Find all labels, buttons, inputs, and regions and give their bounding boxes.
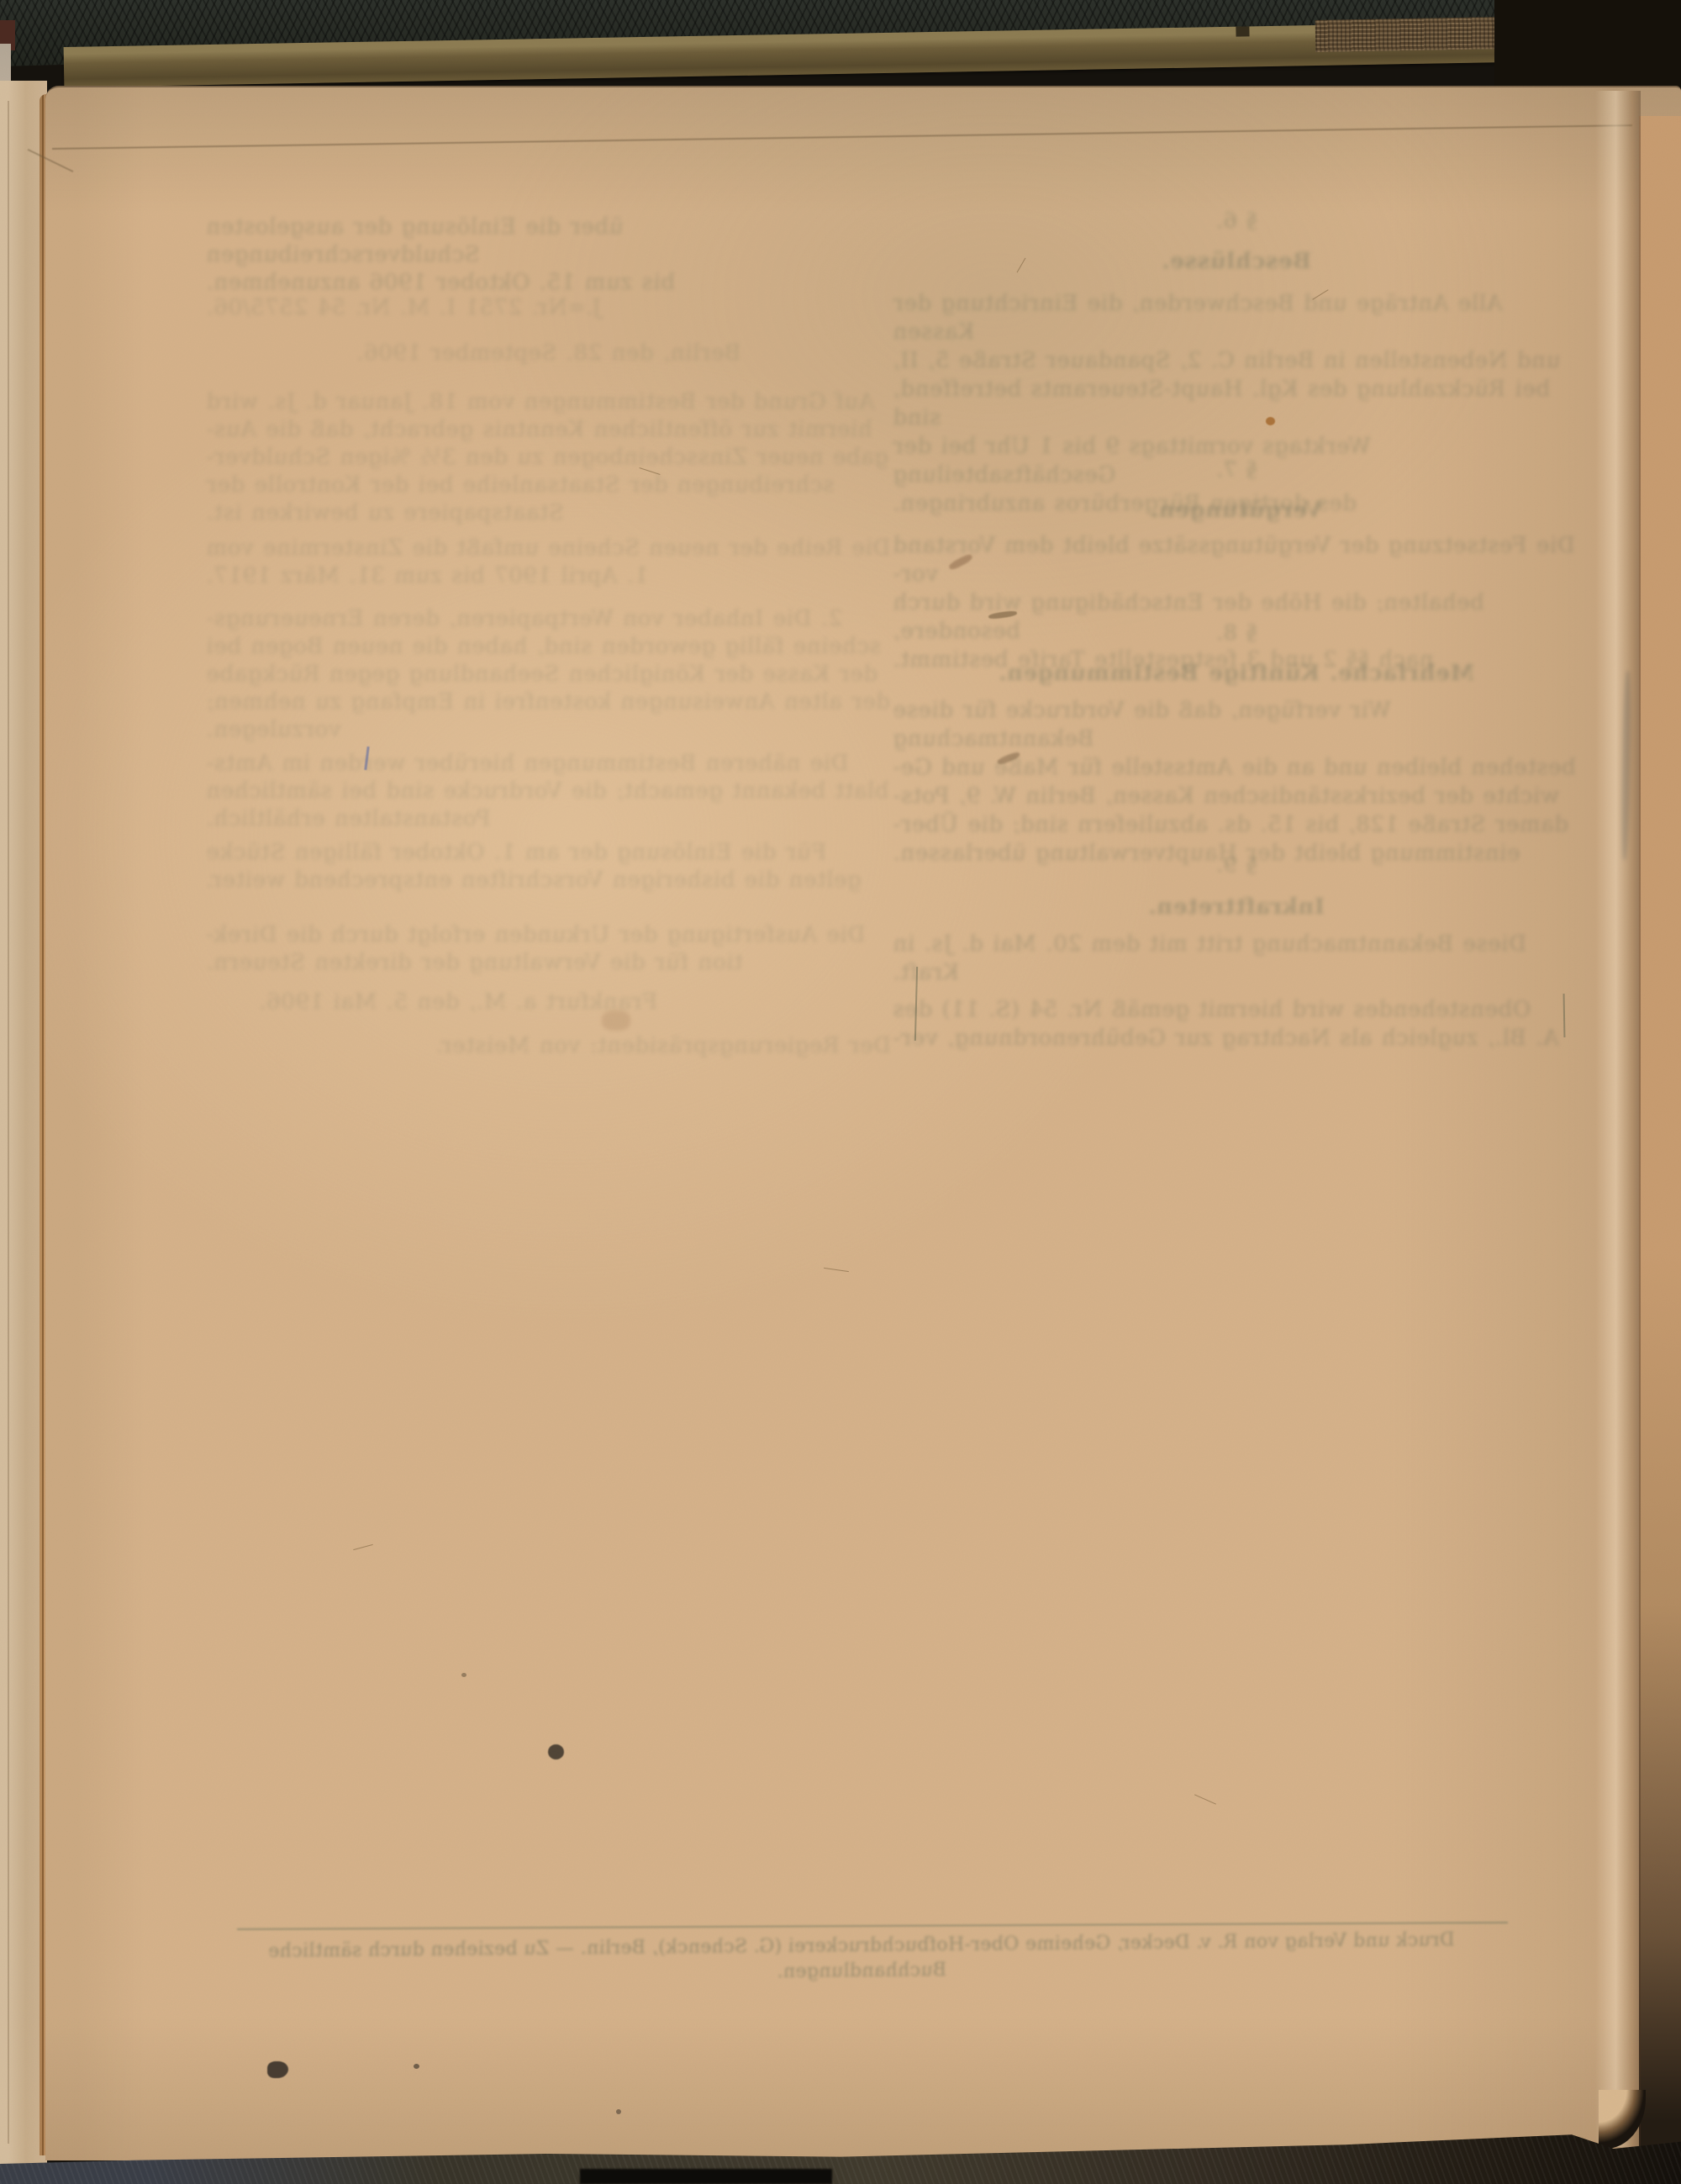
speck <box>414 2064 419 2069</box>
bleedthrough-paragraph: über die Einlösung der ausgelosten Schul… <box>206 214 891 297</box>
rust-dot <box>1266 417 1275 425</box>
bleedthrough-paragraph: Auf Grund der Bestimmungen vom 18. Janua… <box>206 388 891 527</box>
bleedthrough-section-mark: § 6. <box>893 207 1580 235</box>
bleedthrough-signature: Der Regierungspräsident: von Meister. <box>374 1032 891 1060</box>
faint-stain <box>602 1010 630 1031</box>
bleedthrough-dateline: Frankfurt a. M., den 5. Mai 1906. <box>206 989 710 1016</box>
bottom-shadow-notch <box>580 2169 832 2184</box>
bleedthrough-reference-line: J.=Nr. 2751 I. M. Nr. 54 2575/06. <box>206 294 891 322</box>
page-stack-edge-line <box>8 101 9 2144</box>
bleedthrough-paragraph: 2. Die Inhaber von Wertpapieren, deren E… <box>206 605 891 744</box>
bleedthrough-heading: Inkrafttreten. <box>893 893 1580 921</box>
bleedthrough-paragraph: Für die Einlösung der am 1. Oktober fäll… <box>206 839 891 894</box>
speck <box>461 1673 466 1677</box>
bleedthrough-paragraph: Diese Bekanntmachung tritt mit dem 20. M… <box>893 930 1580 987</box>
bleedthrough-dateline: Berlin, den 28. September 1906. <box>206 340 891 367</box>
bleedthrough-paragraph: Die Festsetzung der Vergütungssätze blei… <box>893 531 1580 674</box>
bleedthrough-heading: Beschlüsse. <box>893 247 1580 276</box>
under-page-edge <box>1639 116 1681 2184</box>
book-scan: über die Einlösung der ausgelosten Schul… <box>0 0 1681 2184</box>
binding-tape-cloth <box>1315 17 1526 52</box>
bleedthrough-section-mark: § 8. <box>893 619 1580 647</box>
bleedthrough-paragraph: Wir verfügen, daß die Vordrucke für dies… <box>893 696 1580 868</box>
bleedthrough-heading: Mehrfache. Künftige Bestimmungen. <box>893 659 1580 688</box>
bleedthrough-section-mark: § 7. <box>893 456 1580 484</box>
speck <box>616 2109 621 2114</box>
bleedthrough-heading: Vergütungen. <box>893 496 1580 525</box>
ink-dot-stain <box>548 1744 564 1759</box>
bleedthrough-paragraph: Die Reihe der neuen Scheine umfaßt die Z… <box>206 535 891 590</box>
tape-nick <box>1236 26 1249 36</box>
page-fold-right <box>1595 91 1641 2147</box>
bleedthrough-paragraph: Die näheren Bestimmungen hierüber werden… <box>206 750 891 833</box>
bleedthrough-paragraph: Obenstehendes wird hiermit gemäß Nr. 54 … <box>893 995 1580 1052</box>
bleedthrough-section-mark: § 9. <box>893 851 1580 879</box>
bleedthrough-paragraph: Die Ausfertigung der Urkunden erfolgt du… <box>206 921 891 977</box>
